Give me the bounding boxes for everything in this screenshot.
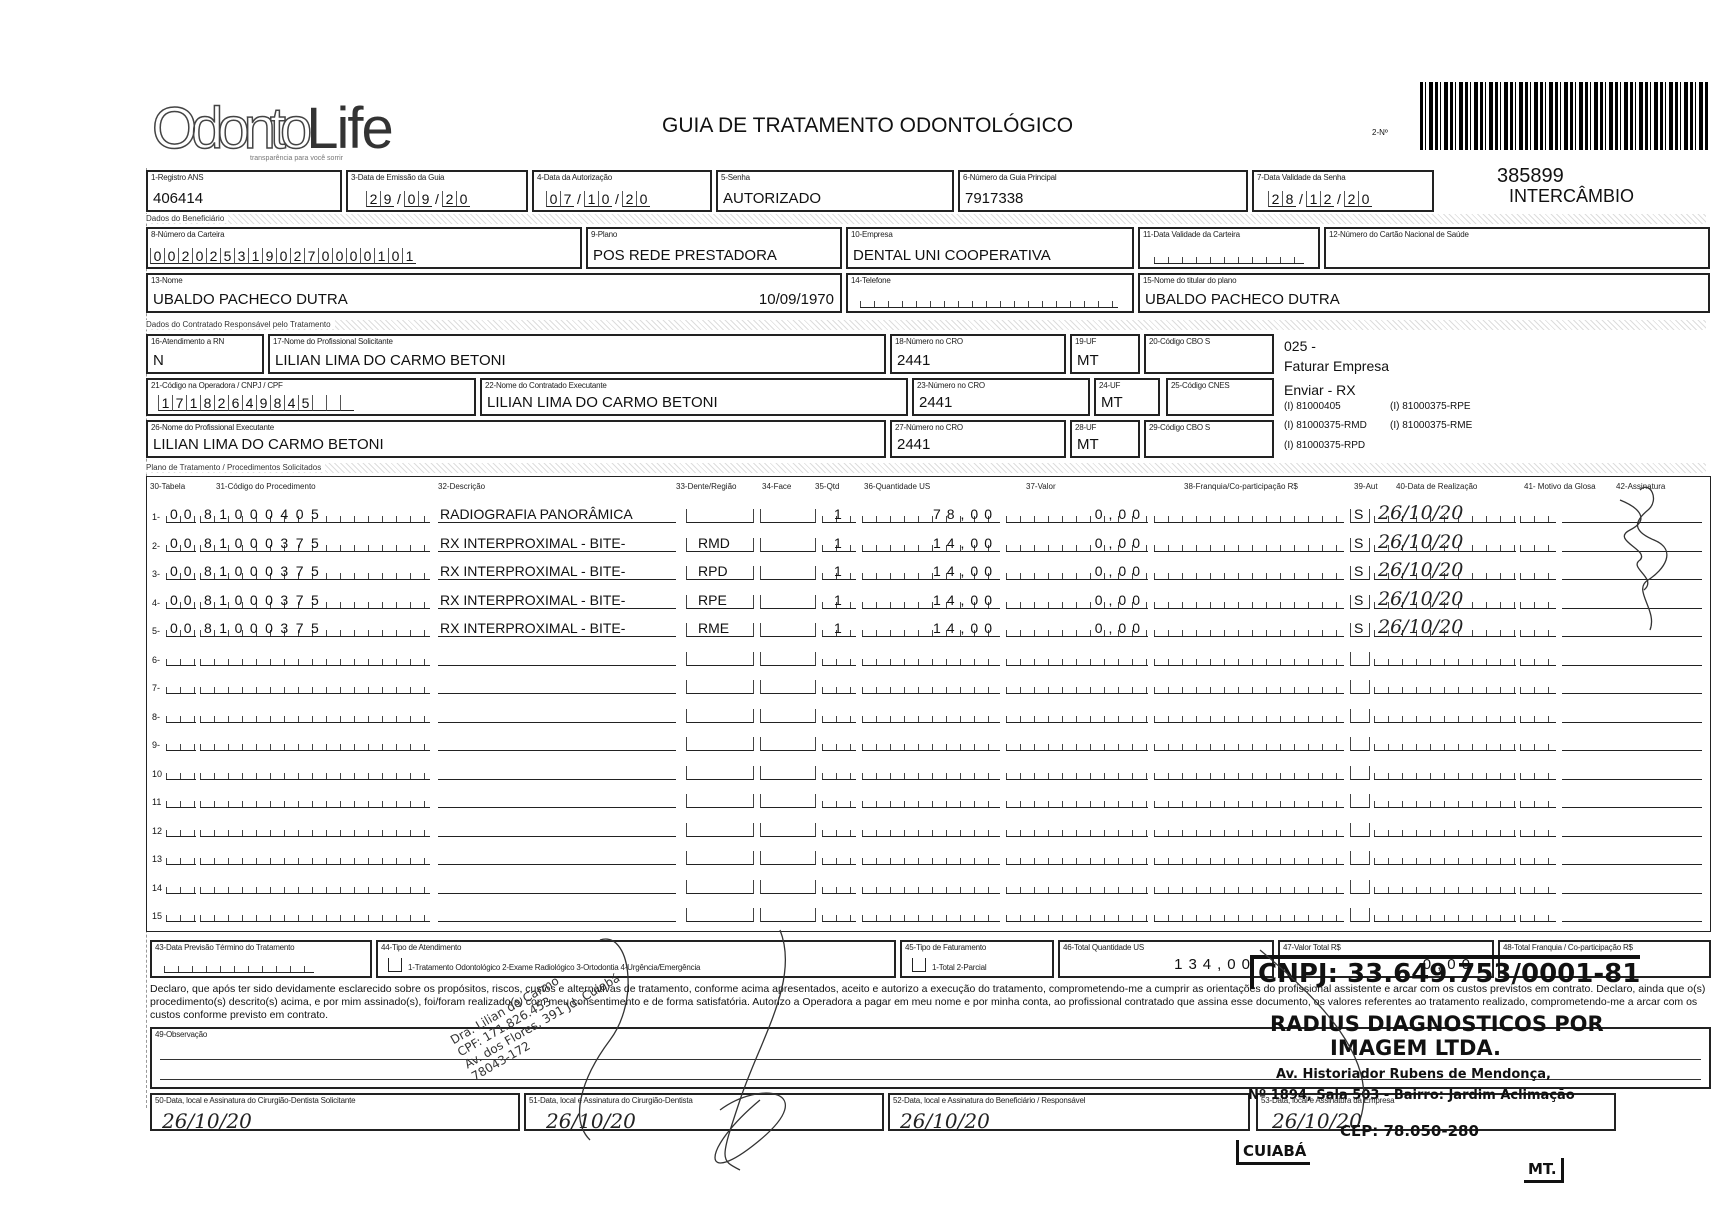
handwritten-signatures-icon <box>0 0 1718 1205</box>
